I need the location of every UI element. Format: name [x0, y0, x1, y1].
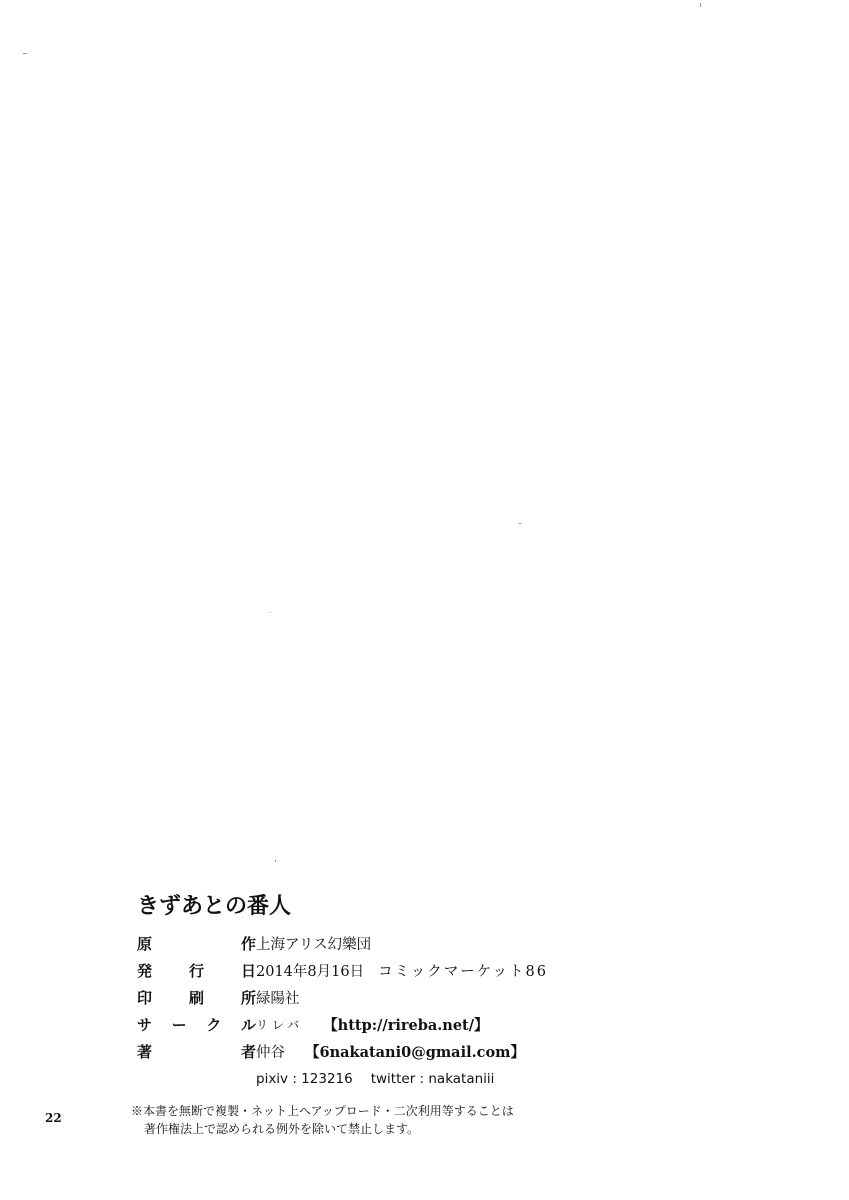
twitter-handle-text: twitter : nakataniii — [371, 1071, 495, 1087]
original-work-text: 上海アリス幻樂団 — [256, 933, 371, 954]
label-char: 行 — [189, 960, 204, 981]
label-char: サ — [137, 1014, 152, 1035]
label-char: ク — [206, 1014, 221, 1035]
social-accounts: pixiv : 123216 twitter : nakataniii — [256, 1065, 557, 1092]
value-printer: 緑陽社 — [256, 987, 300, 1008]
book-title: きずあとの番人 — [137, 892, 557, 920]
value-original-work: 上海アリス幻樂団 — [256, 933, 371, 954]
label-char: 刷 — [189, 987, 204, 1008]
label-char: 印 — [137, 987, 152, 1008]
colophon: きずあとの番人 原 作 上海アリス幻樂団 発 行 日 2014年8月16日 コミ… — [137, 892, 557, 1092]
scan-speck — [270, 612, 271, 613]
row-original-work: 原 作 上海アリス幻樂団 — [137, 930, 557, 957]
notice-line-2: 著作権法上で認められる例外を除いて禁止します。 — [131, 1120, 514, 1138]
row-author: 著 者 仲谷 【6nakatani0@gmail.com】 — [137, 1038, 557, 1065]
scan-speck — [700, 3, 701, 7]
label-char: 者 — [241, 1041, 256, 1062]
event-name-text: コミックマーケット86 — [378, 960, 548, 981]
value-circle: リレバ 【http://rireba.net/】 — [256, 1014, 489, 1035]
label-char: ル — [241, 1014, 256, 1035]
page-number: 22 — [45, 1111, 62, 1125]
pixiv-id-text: pixiv : 123216 — [256, 1071, 353, 1087]
scan-speck — [275, 860, 276, 862]
row-publish-date: 発 行 日 2014年8月16日 コミックマーケット86 — [137, 957, 557, 984]
label-char: 著 — [137, 1041, 152, 1062]
circle-name-text: リレバ — [256, 1016, 303, 1033]
label-original-work: 原 作 — [137, 933, 256, 954]
label-char: 所 — [241, 987, 256, 1008]
printer-text: 緑陽社 — [256, 987, 300, 1008]
label-char: 作 — [241, 933, 256, 954]
circle-url-link[interactable]: 【http://rireba.net/】 — [323, 1014, 488, 1035]
scan-speck — [519, 523, 521, 524]
label-author: 著 者 — [137, 1041, 256, 1062]
row-printer: 印 刷 所 緑陽社 — [137, 984, 557, 1011]
publish-date-text: 2014年8月16日 — [256, 960, 364, 981]
label-circle: サ ー ク ル — [137, 1014, 256, 1035]
label-char: 原 — [137, 933, 152, 954]
label-char: ー — [172, 1014, 187, 1035]
copyright-notice: ※本書を無断で複製・ネット上へアップロード・二次利用等することは 著作権法上で認… — [131, 1102, 514, 1138]
label-char: 発 — [137, 960, 152, 981]
value-publish-date: 2014年8月16日 コミックマーケット86 — [256, 960, 548, 981]
label-char: 日 — [241, 960, 256, 981]
label-printer: 印 刷 所 — [137, 987, 256, 1008]
row-circle: サ ー ク ル リレバ 【http://rireba.net/】 — [137, 1011, 557, 1038]
author-name-text: 仲谷 — [256, 1041, 285, 1062]
author-email-link[interactable]: 【6nakatani0@gmail.com】 — [305, 1041, 525, 1062]
notice-line-1: ※本書を無断で複製・ネット上へアップロード・二次利用等することは — [131, 1102, 514, 1120]
value-author: 仲谷 【6nakatani0@gmail.com】 — [256, 1041, 525, 1062]
scan-speck — [23, 53, 27, 54]
label-publish-date: 発 行 日 — [137, 960, 256, 981]
